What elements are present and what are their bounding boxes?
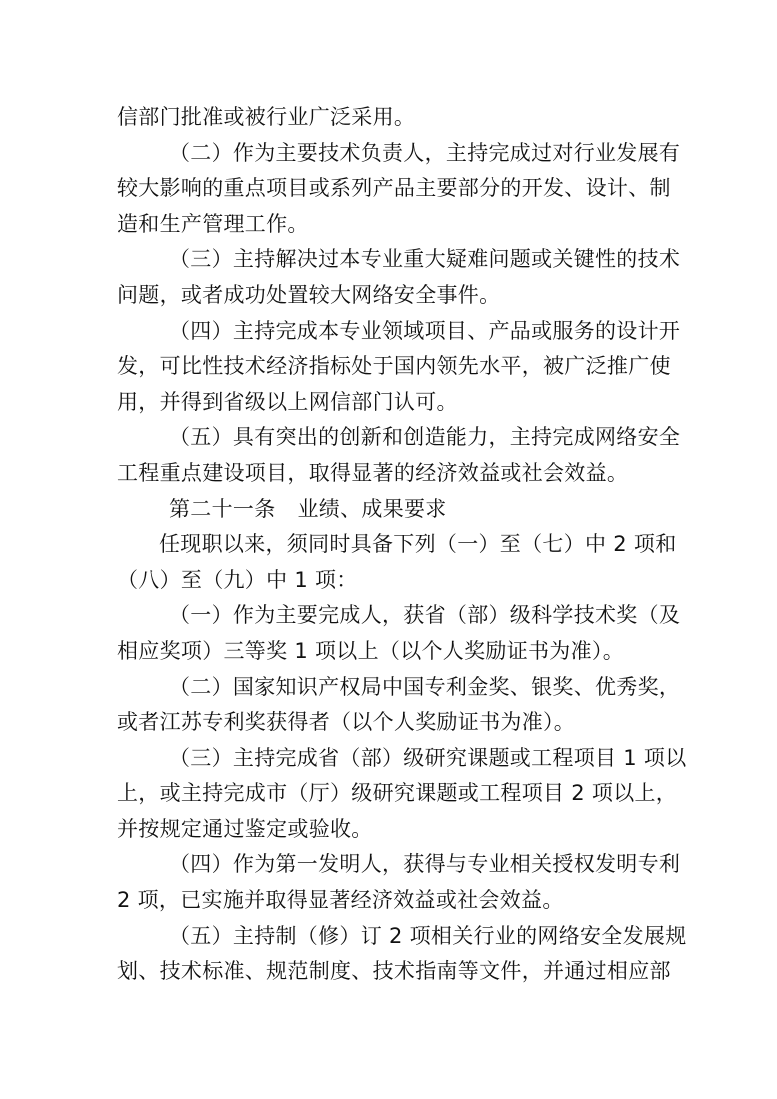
text-line: （二）作为主要技术负责人，主持完成过对行业发展有 xyxy=(117,136,663,172)
intro-line: 任现职以来，须同时具备下列（一）至（七）中 2 项和 xyxy=(117,527,663,563)
text-line: 造和生产管理工作。 xyxy=(117,207,663,243)
text-line: （五）具有突出的创新和创造能力，主持完成网络安全 xyxy=(117,420,663,456)
intro-line: （八）至（九）中 1 项： xyxy=(117,563,663,599)
text-line: 发，可比性技术经济指标处于国内领先水平，被广泛推广使 xyxy=(117,349,663,385)
text-line: （一）作为主要完成人，获省（部）级科学技术奖（及 xyxy=(117,598,663,634)
text-line: 较大影响的重点项目或系列产品主要部分的开发、设计、制 xyxy=(117,171,663,207)
text-line: 2 项，已实施并取得显著经济效益或社会效益。 xyxy=(117,883,663,919)
text-line: （三）主持完成省（部）级研究课题或工程项目 1 项以 xyxy=(117,741,663,777)
text-line: 信部门批准或被行业广泛采用。 xyxy=(117,100,663,136)
text-line: 或者江苏专利奖获得者（以个人奖励证书为准）。 xyxy=(117,705,663,741)
text-line: 并按规定通过鉴定或验收。 xyxy=(117,812,663,848)
text-line: （三）主持解决过本专业重大疑难问题或关键性的技术 xyxy=(117,242,663,278)
text-line: （四）主持完成本专业领域项目、产品或服务的设计开 xyxy=(117,314,663,350)
text-line: （五）主持制（修）订 2 项相关行业的网络安全发展规 xyxy=(117,919,663,955)
text-line: 用，并得到省级以上网信部门认可。 xyxy=(117,385,663,421)
article-title: 业绩、成果要求 xyxy=(298,497,447,521)
text-line: 问题，或者成功处置较大网络安全事件。 xyxy=(117,278,663,314)
article-number: 第二十一条 xyxy=(169,497,276,521)
text-line: 相应奖项）三等奖 1 项以上（以个人奖励证书为准）。 xyxy=(117,634,663,670)
text-line: 上，或主持完成市（厅）级研究课题或工程项目 2 项以上， xyxy=(117,776,663,812)
article-heading: 第二十一条业绩、成果要求 xyxy=(117,492,663,528)
text-line: （四）作为第一发明人，获得与专业相关授权发明专利 xyxy=(117,847,663,883)
text-line: （二）国家知识产权局中国专利金奖、银奖、优秀奖， xyxy=(117,670,663,706)
text-line: 划、技术标准、规范制度、技术指南等文件，并通过相应部 xyxy=(117,954,663,990)
document-page: 信部门批准或被行业广泛采用。 （二）作为主要技术负责人，主持完成过对行业发展有 … xyxy=(117,100,663,990)
text-line: 工程重点建设项目，取得显著的经济效益或社会效益。 xyxy=(117,456,663,492)
